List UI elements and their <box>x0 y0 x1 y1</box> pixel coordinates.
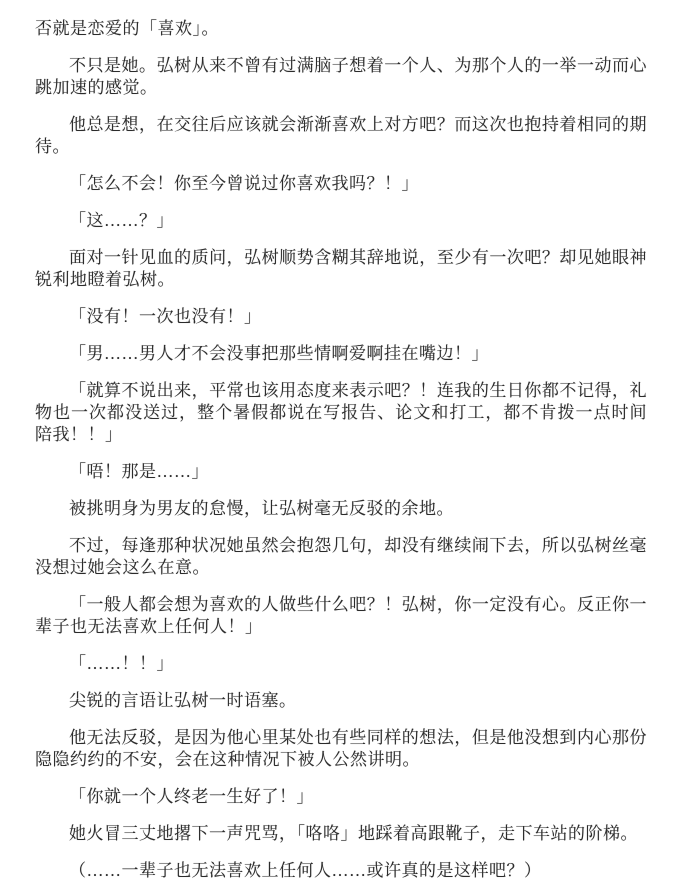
paragraph: （……一辈子也无法喜欢上任何人……或许真的是这样吧？） <box>35 860 647 880</box>
paragraph: 「这……？」 <box>35 210 647 232</box>
paragraph: 「男……男人才不会没事把那些情啊爱啊挂在嘴边！」 <box>35 343 647 365</box>
paragraph: 「……！！」 <box>35 653 647 675</box>
paragraph: 尖锐的言语让弘树一时语塞。 <box>35 690 647 712</box>
paragraph: 「没有！一次也没有！」 <box>35 306 647 328</box>
paragraph: 「你就一个人终老一生好了！」 <box>35 786 647 808</box>
paragraph: 不只是她。弘树从来不曾有过满脑子想着一个人、为那个人的一举一动而心跳加速的感觉。 <box>35 55 647 99</box>
page-text: 否就是恋爱的「喜欢」。不只是她。弘树从来不曾有过满脑子想着一个人、为那个人的一举… <box>35 18 647 880</box>
paragraph: 「怎么不会！你至今曾说过你喜欢我吗？！」 <box>35 173 647 195</box>
paragraph: 他总是想，在交往后应该就会渐渐喜欢上对方吧？而这次也抱持着相同的期待。 <box>35 114 647 158</box>
paragraph: 被挑明身为男友的怠慢，让弘树毫无反驳的余地。 <box>35 498 647 520</box>
paragraph: 她火冒三丈地撂下一声咒骂，「咯咯」地踩着高跟靴子，走下车站的阶梯。 <box>35 823 647 845</box>
novel-page: 否就是恋爱的「喜欢」。不只是她。弘树从来不曾有过满脑子想着一个人、为那个人的一举… <box>0 0 680 880</box>
paragraph: 他无法反驳，是因为他心里某处也有些同样的想法，但是他没想到内心那份隐隐约约的不安… <box>35 727 647 771</box>
paragraph: 不过，每逢那种状况她虽然会抱怨几句，却没有继续闹下去，所以弘树丝毫没想过她会这么… <box>35 535 647 579</box>
paragraph: 「就算不说出来，平常也该用态度来表示吧？！连我的生日你都不记得，礼物也一次都没送… <box>35 380 647 446</box>
paragraph: 面对一针见血的质问，弘树顺势含糊其辞地说，至少有一次吧？却见她眼神锐利地瞪着弘树… <box>35 247 647 291</box>
paragraph: 「一般人都会想为喜欢的人做些什么吧？！弘树，你一定没有心。反正你一辈子也无法喜欢… <box>35 594 647 638</box>
paragraph: 「唔！那是……」 <box>35 461 647 483</box>
paragraph: 否就是恋爱的「喜欢」。 <box>35 18 647 40</box>
